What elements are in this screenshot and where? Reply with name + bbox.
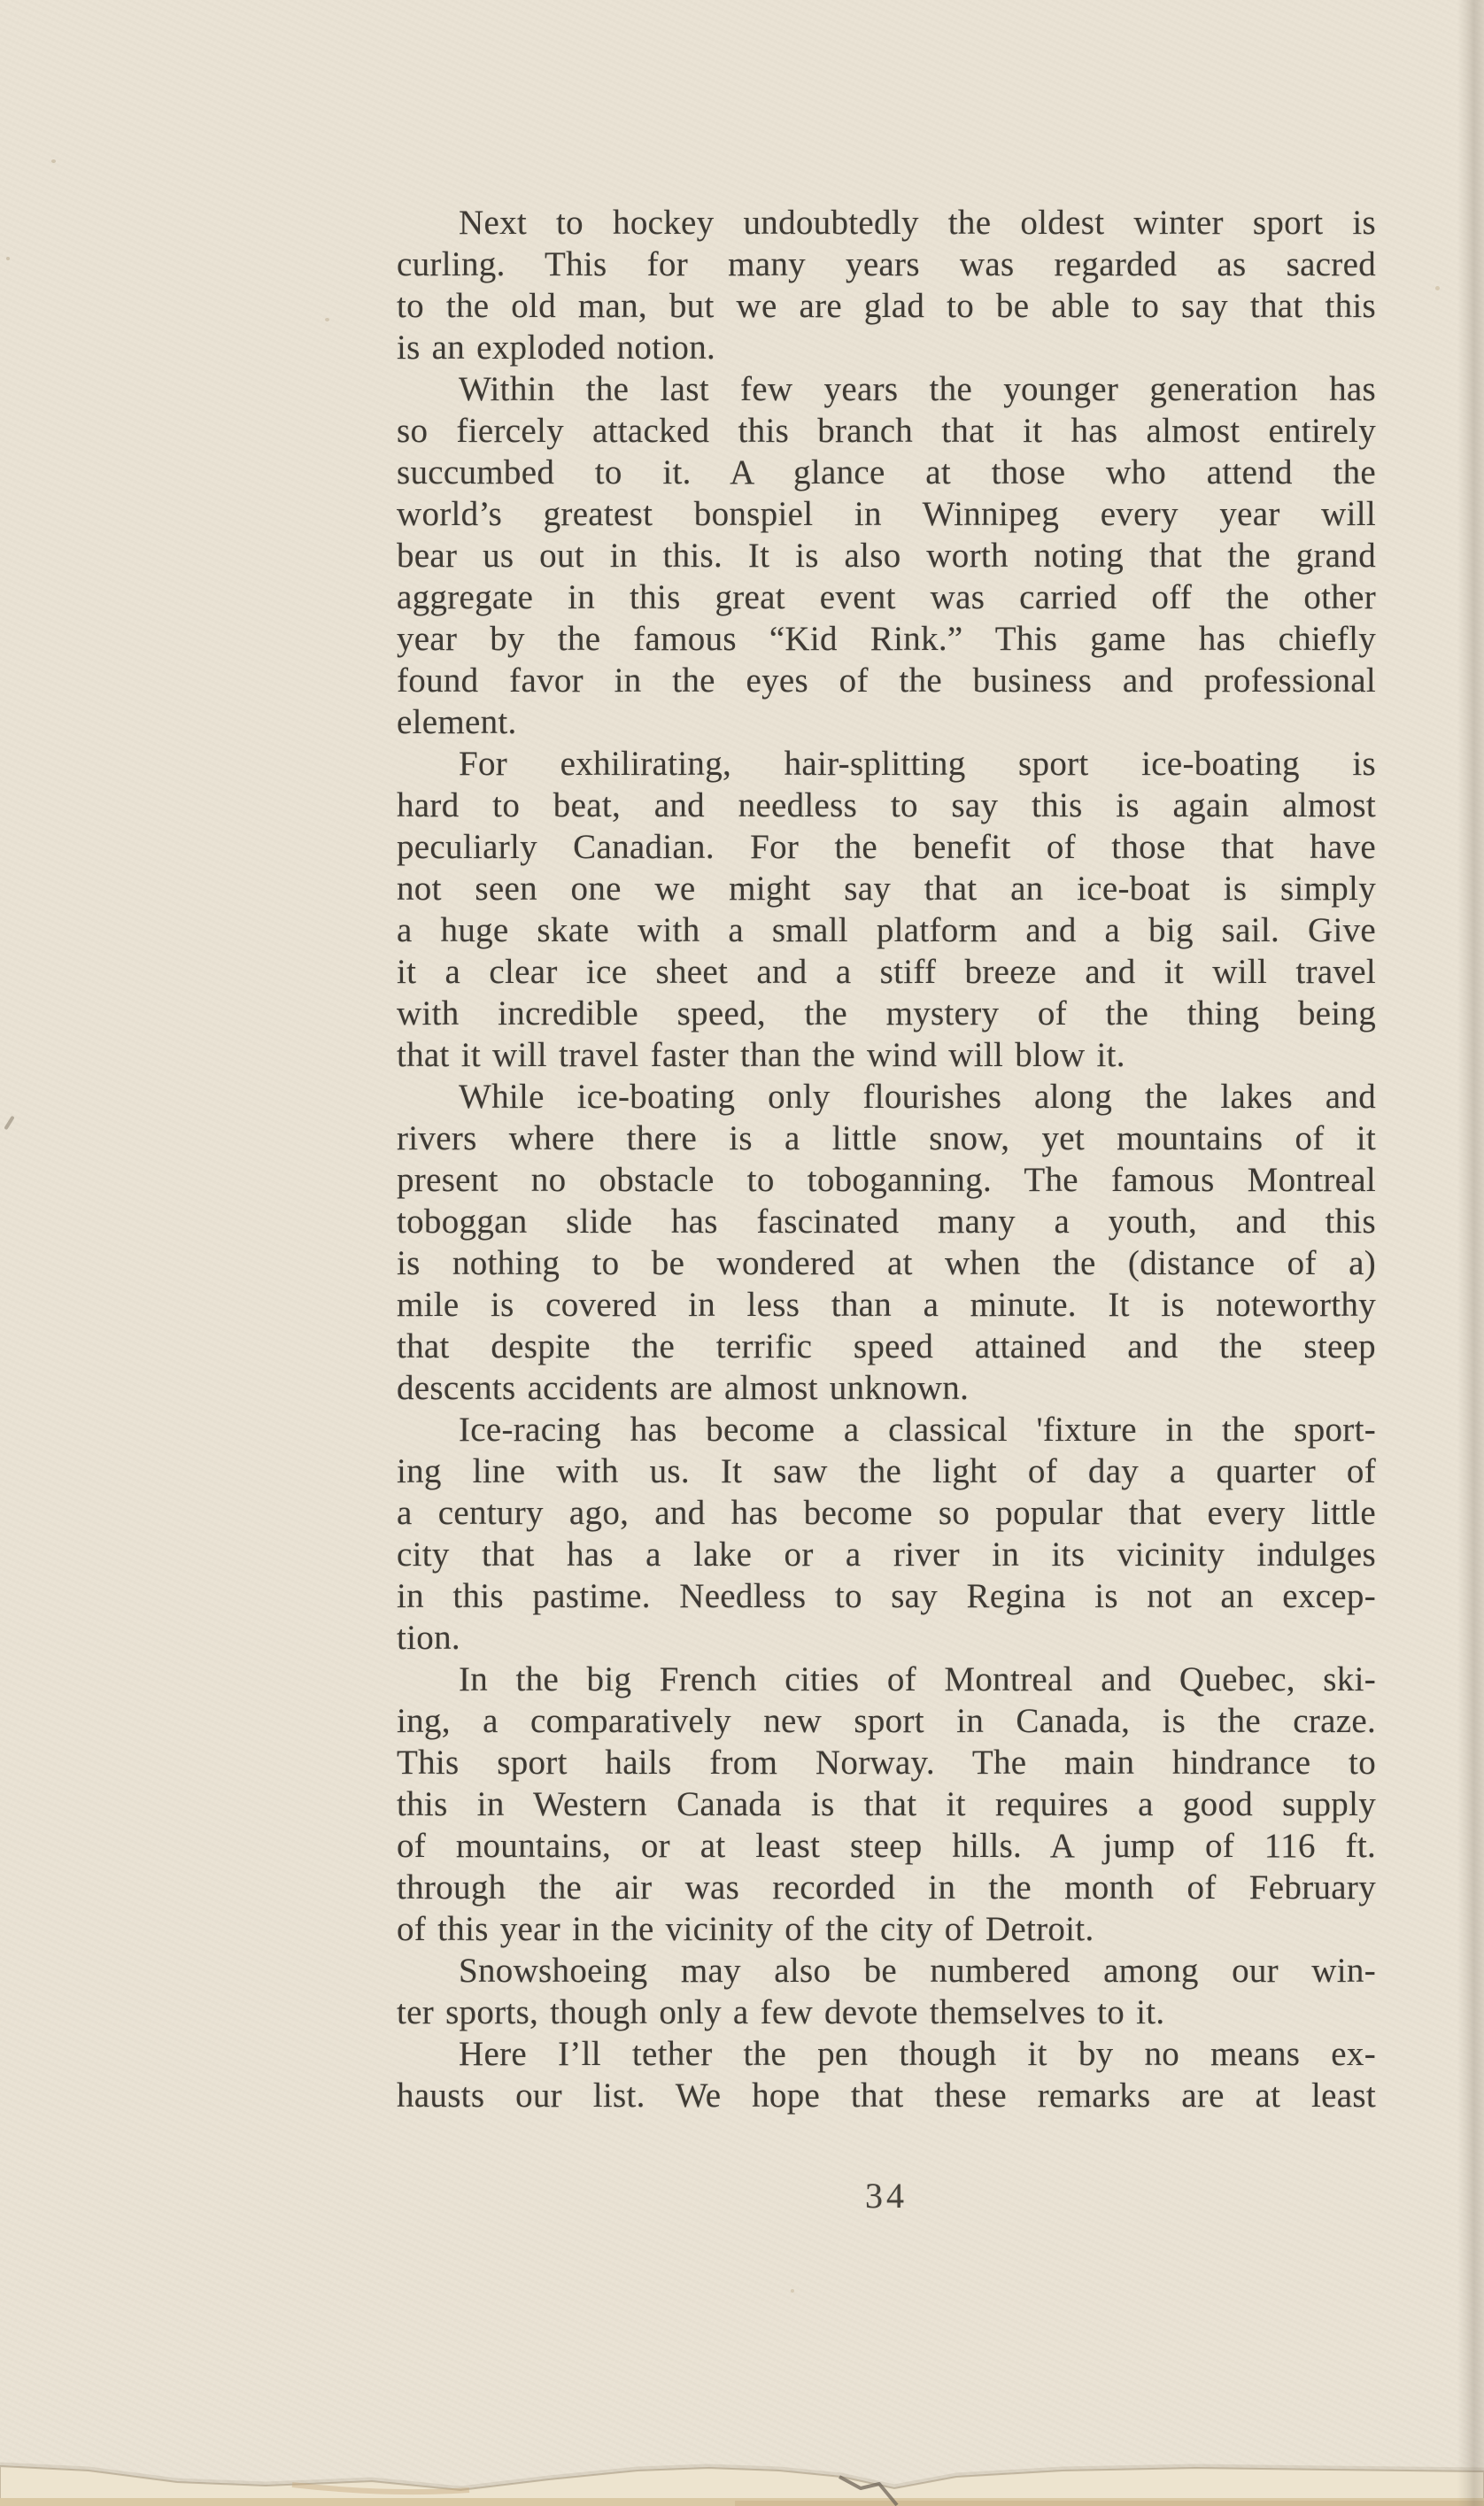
text-line: While ice-boating only flourishes along … <box>397 1076 1376 1118</box>
text-line: succumbed to it. A glance at those who a… <box>397 452 1376 493</box>
text-line: mile is covered in less than a minute. I… <box>397 1284 1376 1326</box>
text-line: For exhilirating, hair-splitting sport i… <box>397 743 1376 785</box>
text-line: so fiercely attacked this branch that it… <box>397 410 1376 452</box>
under-page-strip-dark <box>735 2501 1484 2506</box>
text-line: through the air was recorded in the mont… <box>397 1867 1376 1908</box>
ink-smudge <box>4 1116 14 1131</box>
text-line: In the big French cities of Montreal and… <box>397 1659 1376 1700</box>
paragraph: Next to hockey undoubtedly the oldest wi… <box>397 202 1376 368</box>
page-bottom-torn-edge <box>0 2435 1484 2506</box>
text-line: city that has a lake or a river in its v… <box>397 1534 1376 1575</box>
paper-speck <box>325 318 329 321</box>
text-line: Ice-racing has become a classical 'fixtu… <box>397 1409 1376 1450</box>
text-line: world’s greatest bonspiel in Winnipeg ev… <box>397 493 1376 535</box>
text-line: aggregate in this great event was carrie… <box>397 576 1376 618</box>
text-line: year by the famous “Kid Rink.” This game… <box>397 618 1376 660</box>
page-number: 34 <box>397 2177 1376 2216</box>
text-line: hard to beat, and needless to say this i… <box>397 785 1376 826</box>
paragraph: Ice-racing has become a classical 'fixtu… <box>397 1409 1376 1659</box>
text-line: Here I’ll tether the pen though it by no… <box>397 2033 1376 2075</box>
text-line: element. <box>397 701 1376 743</box>
text-line: with incredible speed, the mystery of th… <box>397 993 1376 1034</box>
text-line: found favor in the eyes of the business … <box>397 660 1376 701</box>
text-line: toboggan slide has fascinated many a you… <box>397 1201 1376 1242</box>
text-line: This sport hails from Norway. The main h… <box>397 1742 1376 1783</box>
text-line: is nothing to be wondered at when the (d… <box>397 1242 1376 1284</box>
text-line: it a clear ice sheet and a stiff breeze … <box>397 951 1376 993</box>
text-line: in this pastime. Needless to say Regina … <box>397 1575 1376 1617</box>
text-line: ing, a comparatively new sport in Canada… <box>397 1700 1376 1742</box>
text-line: ing line with us. It saw the light of da… <box>397 1450 1376 1492</box>
text-line: Within the last few years the younger ge… <box>397 368 1376 410</box>
text-line: not seen one we might say that an ice-bo… <box>397 868 1376 909</box>
scanned-book-page: Next to hockey undoubtedly the oldest wi… <box>0 0 1484 2506</box>
text-line: Next to hockey undoubtedly the oldest wi… <box>397 202 1376 244</box>
text-line: hausts our list. We hope that these rema… <box>397 2075 1376 2116</box>
text-line: to the old man, but we are glad to be ab… <box>397 285 1376 327</box>
paragraph: Here I’ll tether the pen though it by no… <box>397 2033 1376 2116</box>
paper-speck <box>1435 286 1440 290</box>
text-line: present no obstacle to toboganning. The … <box>397 1159 1376 1201</box>
text-line: curling. This for many years was regarde… <box>397 244 1376 285</box>
page-right-edge-shadow <box>1457 0 1484 2506</box>
text-line: of mountains, or at least steep hills. A… <box>397 1825 1376 1867</box>
paragraph: In the big French cities of Montreal and… <box>397 1659 1376 1950</box>
text-line: a huge skate with a small platform and a… <box>397 909 1376 951</box>
text-line: peculiarly Canadian. For the benefit of … <box>397 826 1376 868</box>
text-line: Snowshoeing may also be numbered among o… <box>397 1950 1376 1992</box>
text-line: descents accidents are almost unknown. <box>397 1367 1376 1409</box>
text-line: rivers where there is a little snow, yet… <box>397 1118 1376 1159</box>
paper-speck <box>6 257 10 260</box>
text-line: that it will travel faster than the wind… <box>397 1034 1376 1076</box>
text-line: of this year in the vicinity of the city… <box>397 1908 1376 1950</box>
text-line: tion. <box>397 1617 1376 1659</box>
text-line: is an exploded notion. <box>397 327 1376 368</box>
text-line: a century ago, and has become so popular… <box>397 1492 1376 1534</box>
page-body: Next to hockey undoubtedly the oldest wi… <box>397 202 1376 2116</box>
text-line: that despite the terrific speed attained… <box>397 1326 1376 1367</box>
paragraph: Within the last few years the younger ge… <box>397 368 1376 743</box>
paragraph: For exhilirating, hair-splitting sport i… <box>397 743 1376 1076</box>
text-line: bear us out in this. It is also worth no… <box>397 535 1376 576</box>
text-line: this in Western Canada is that it requir… <box>397 1783 1376 1825</box>
paragraph: While ice-boating only flourishes along … <box>397 1076 1376 1409</box>
paragraph: Snowshoeing may also be numbered among o… <box>397 1950 1376 2033</box>
text-line: ter sports, though only a few devote the… <box>397 1992 1376 2033</box>
paper-speck <box>791 2289 794 2293</box>
paper-speck <box>51 159 56 163</box>
